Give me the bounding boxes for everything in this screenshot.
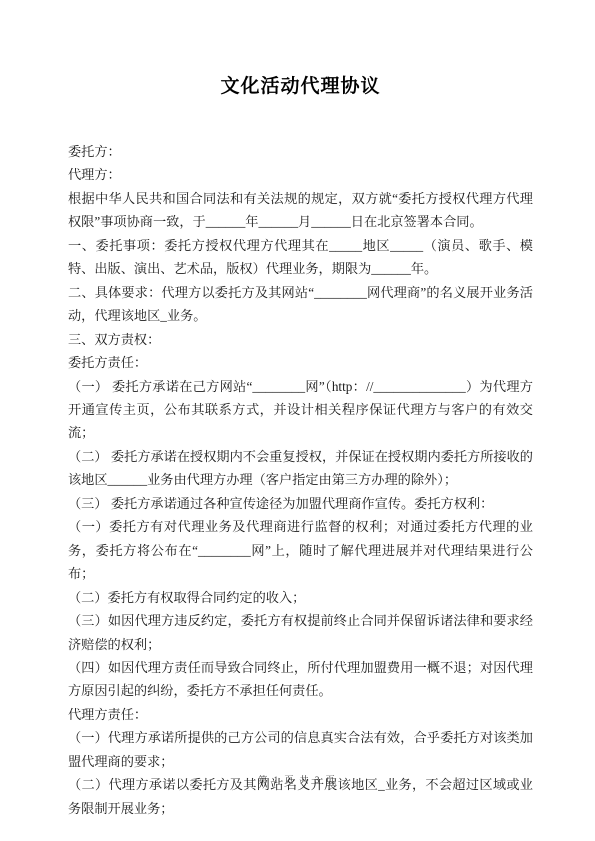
document-title: 文化活动代理协议: [68, 71, 533, 98]
paragraph: （二） 委托方承诺在授权期内不会重复授权，并保证在授权期内委托方所接收的该地区_…: [68, 445, 533, 492]
paragraph: （一） 委托方承诺在己方网站“________网”（http：//_______…: [68, 375, 533, 445]
document-page: 文化活动代理协议 委托方：代理方：根据中华人民共和国合同法和有关法规的规定，双方…: [0, 0, 595, 841]
paragraph: （一）代理方承诺所提供的己方公司的信息真实合法有效，合乎委托方对该类加盟代理商的…: [68, 726, 533, 773]
paragraph: 委托方责任：: [68, 351, 533, 374]
page-number-label: 第 1 页 共 3 页: [258, 775, 336, 785]
paragraph: （一）委托方有对代理业务及代理商进行监督的权利；对通过委托方代理的业务，委托方将…: [68, 515, 533, 585]
paragraph: 根据中华人民共和国合同法和有关法规的规定，双方就“委托方授权代理方代理权限”事项…: [68, 187, 533, 234]
paragraph: （二）委托方有权取得合同约定的收入；: [68, 586, 533, 609]
paragraph: 一、委托事项：委托方授权代理方代理其在_____地区_____（演员、歌手、模特…: [68, 234, 533, 281]
paragraph: 代理方责任：: [68, 703, 533, 726]
document-body: 委托方：代理方：根据中华人民共和国合同法和有关法规的规定，双方就“委托方授权代理…: [68, 140, 533, 820]
paragraph: 三、双方责权：: [68, 328, 533, 351]
page-footer: 第 1 页 共 3 页: [0, 773, 595, 786]
paragraph: 二、具体要求：代理方以委托方及其网站“________网代理商”的名义展开业务活…: [68, 281, 533, 328]
paragraph: 委托方：: [68, 140, 533, 163]
paragraph: （四）如因代理方责任而导致合同终止，所付代理加盟费用一概不退；对因代理方原因引起…: [68, 656, 533, 703]
paragraph: 代理方：: [68, 163, 533, 186]
paragraph: （三）如因代理方违反约定，委托方有权提前终止合同并保留诉诸法律和要求经济赔偿的权…: [68, 609, 533, 656]
paragraph: （三） 委托方承诺通过各种宣传途径为加盟代理商作宣传。委托方权利：: [68, 492, 533, 515]
